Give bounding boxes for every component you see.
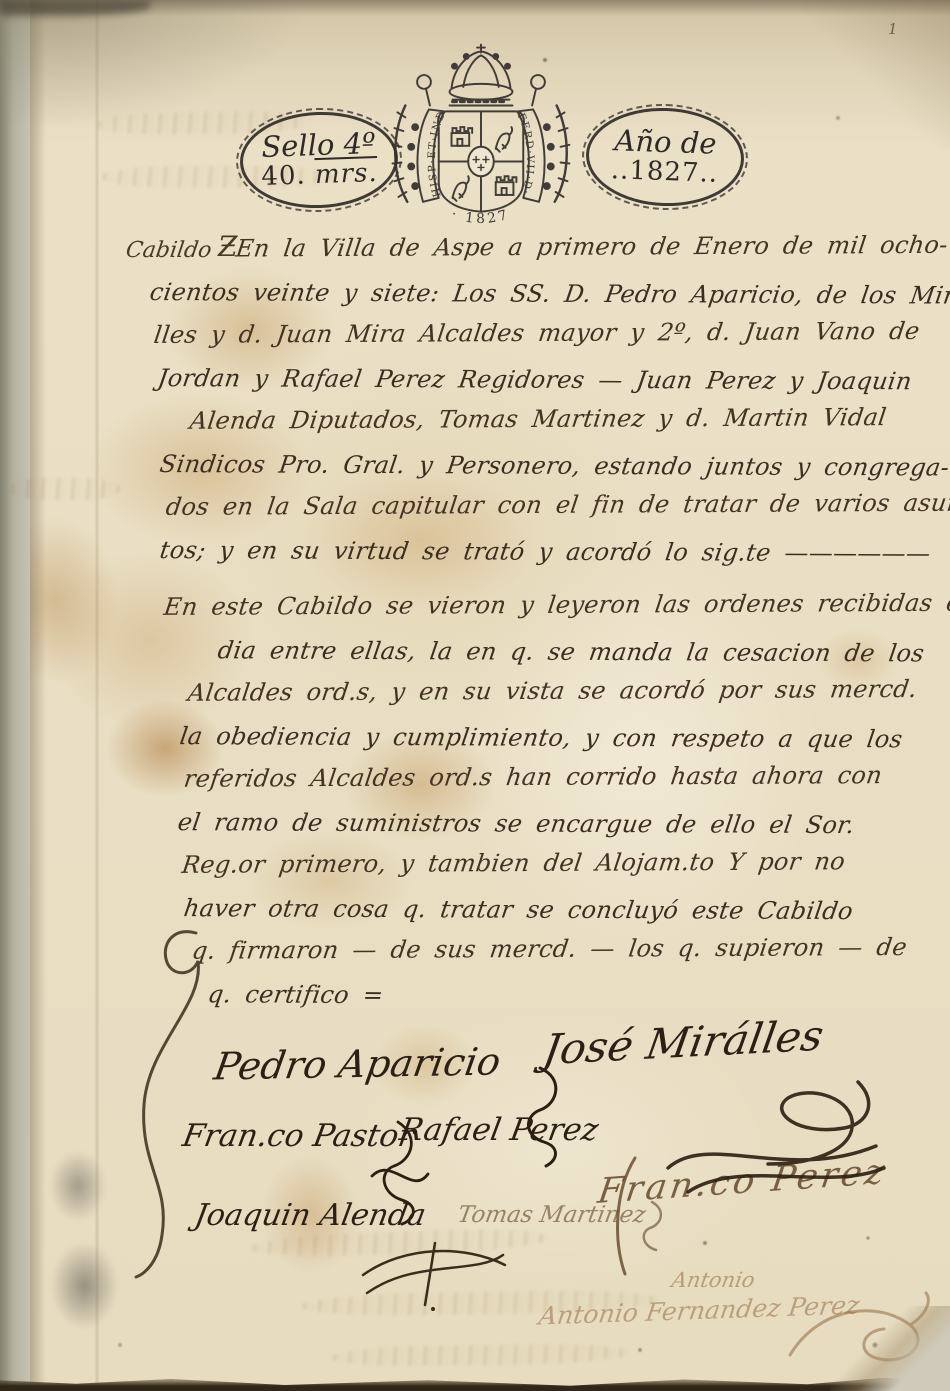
- sello-class-label: Sello 4º: [261, 128, 376, 162]
- manuscript-body: En la Villa de Aspe a primero de Enero d…: [148, 228, 904, 1016]
- sello-price-label: 40. mrs.: [261, 158, 378, 192]
- manuscript-line: referidos Alcaldes ord.s han corrido has…: [145, 754, 907, 801]
- manuscript-page: 1 Sello 4º 40. mrs. Año de ..1827..: [0, 0, 950, 1391]
- manuscript-line: lles y d. Juan Mira Alcaldes mayor y 2º,…: [145, 310, 907, 357]
- stamp-legend-right: FERD·VII·D·G: [368, 36, 536, 196]
- rubric-flourish-tomas: [632, 1196, 672, 1256]
- manuscript-line: tos; y en su virtud se trató y acordó lo…: [145, 529, 907, 575]
- folio-number: 1: [888, 20, 898, 38]
- signature-antonio-faint: Antonio: [670, 1268, 757, 1292]
- signature-pedro-aparicio: Pedro Aparicio: [211, 1040, 504, 1089]
- paper-stain: [0, 0, 310, 130]
- rubric-flourish-left: [118, 925, 238, 1285]
- year-oval-stamp: Año de ..1827..: [584, 105, 745, 208]
- manuscript-line: Alcaldes ord.s, y en su vista se acordó …: [145, 668, 907, 715]
- manuscript-line: En este Cabildo se vieron y leyeron las …: [145, 582, 907, 629]
- manuscript-line: dos en la Sala capitular con el fin de t…: [145, 482, 907, 529]
- manuscript-line: q. firmaron — de sus mercd. — los q. sup…: [145, 926, 907, 973]
- sello-price-number: 40.: [261, 160, 306, 192]
- rubric-flourish-pastor: [362, 1116, 434, 1231]
- rubric-flourish-aparicio: [500, 1060, 580, 1175]
- rubric-flourish-miralles: [648, 1072, 898, 1212]
- bleedthrough-mark: [8, 478, 120, 500]
- stamp-legend-left: HISP·ET·IND: [426, 109, 449, 199]
- paper-crease: [800, 0, 950, 150]
- torn-corner: [830, 1306, 950, 1391]
- signature-jose-miralles: José Mirálles: [540, 1011, 827, 1074]
- year-value: ..1827..: [610, 155, 718, 189]
- manuscript-line: Alenda Diputados, Tomas Martinez y d. Ma…: [145, 396, 907, 443]
- rubric-flourish-alenda: [355, 1235, 515, 1315]
- bleedthrough-mark: [330, 1342, 630, 1367]
- manuscript-line: Reg.or primero, y tambien del Alojam.to …: [145, 840, 907, 887]
- year-label: Año de: [614, 125, 717, 159]
- manuscript-line: En la Villa de Aspe a primero de Enero d…: [145, 224, 907, 271]
- coat-of-arms-stamp: HISP·ET·IND FERD·VII·D·G · 1827 ·: [368, 36, 594, 234]
